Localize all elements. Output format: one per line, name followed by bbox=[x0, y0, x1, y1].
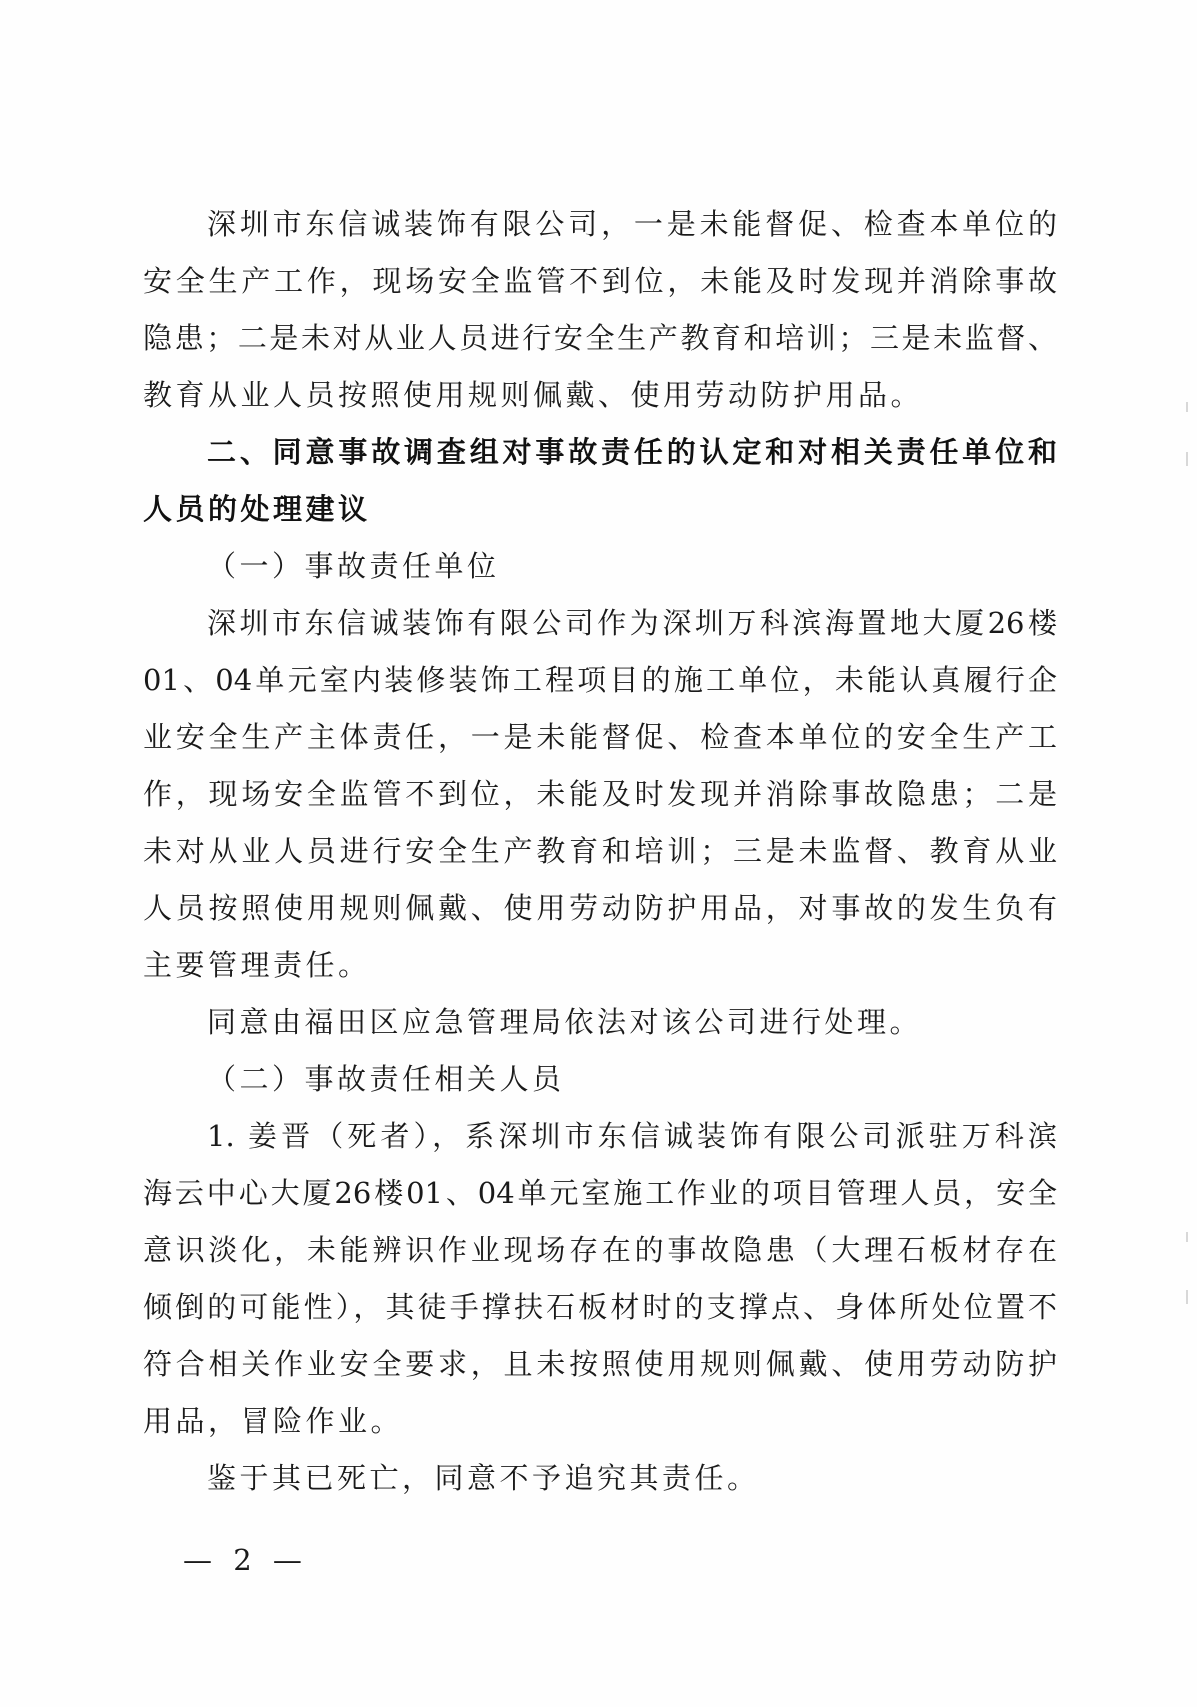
page-number: — 2 — bbox=[183, 1540, 308, 1580]
paragraph-line: 深圳市东信诚装饰有限公司，一是未能督促、检查本单位的 bbox=[143, 196, 1057, 253]
paragraph-line: 人员按照使用规则佩戴、使用劳动防护用品，对事故的发生负有 bbox=[143, 880, 1057, 937]
scan-artifact bbox=[1186, 1290, 1188, 1304]
paragraph-line: 安全生产工作，现场安全监管不到位，未能及时发现并消除事故 bbox=[143, 253, 1057, 310]
document-body: 深圳市东信诚装饰有限公司，一是未能督促、检查本单位的 安全生产工作，现场安全监管… bbox=[143, 196, 1057, 1507]
subsection-title: （二）事故责任相关人员 bbox=[143, 1051, 1057, 1108]
decision-line: 鉴于其已死亡，同意不予追究其责任。 bbox=[143, 1450, 1057, 1507]
paragraph-line: 主要管理责任。 bbox=[143, 937, 1057, 994]
paragraph-line: 用品，冒险作业。 bbox=[143, 1393, 1057, 1450]
scan-artifact bbox=[1186, 1232, 1188, 1242]
decision-line: 同意由福田区应急管理局依法对该公司进行处理。 bbox=[143, 994, 1057, 1051]
paragraph-line: 业安全生产主体责任，一是未能督促、检查本单位的安全生产工 bbox=[143, 709, 1057, 766]
paragraph-line: 深圳市东信诚装饰有限公司作为深圳万科滨海置地大厦26楼 bbox=[143, 595, 1057, 652]
paragraph-line: 01、04单元室内装修装饰工程项目的施工单位，未能认真履行企 bbox=[143, 652, 1057, 709]
paragraph-line: 倾倒的可能性），其徒手撑扶石板材时的支撑点、身体所处位置不 bbox=[143, 1279, 1057, 1336]
paragraph-line: 符合相关作业安全要求，且未按照使用规则佩戴、使用劳动防护 bbox=[143, 1336, 1057, 1393]
document-page: 深圳市东信诚装饰有限公司，一是未能督促、检查本单位的 安全生产工作，现场安全监管… bbox=[0, 0, 1197, 1707]
paragraph-line: 海云中心大厦26楼01、04单元室施工作业的项目管理人员，安全 bbox=[143, 1165, 1057, 1222]
paragraph-line: 作，现场安全监管不到位，未能及时发现并消除事故隐患；二是 bbox=[143, 766, 1057, 823]
paragraph-line: 1. 姜晋（死者），系深圳市东信诚装饰有限公司派驻万科滨 bbox=[143, 1108, 1057, 1165]
paragraph-line: 隐患；二是未对从业人员进行安全生产教育和培训；三是未监督、 bbox=[143, 310, 1057, 367]
paragraph-line: 未对从业人员进行安全生产教育和培训；三是未监督、教育从业 bbox=[143, 823, 1057, 880]
paragraph-line: 教育从业人员按照使用规则佩戴、使用劳动防护用品。 bbox=[143, 367, 1057, 424]
paragraph-line: 意识淡化，未能辨识作业现场存在的事故隐患（大理石板材存在 bbox=[143, 1222, 1057, 1279]
scan-artifact bbox=[1186, 452, 1188, 466]
scan-artifact bbox=[1186, 402, 1188, 412]
section-heading-line: 人员的处理建议 bbox=[143, 481, 1057, 538]
subsection-title: （一）事故责任单位 bbox=[143, 538, 1057, 595]
section-heading-line: 二、同意事故调查组对事故责任的认定和对相关责任单位和 bbox=[143, 424, 1057, 481]
